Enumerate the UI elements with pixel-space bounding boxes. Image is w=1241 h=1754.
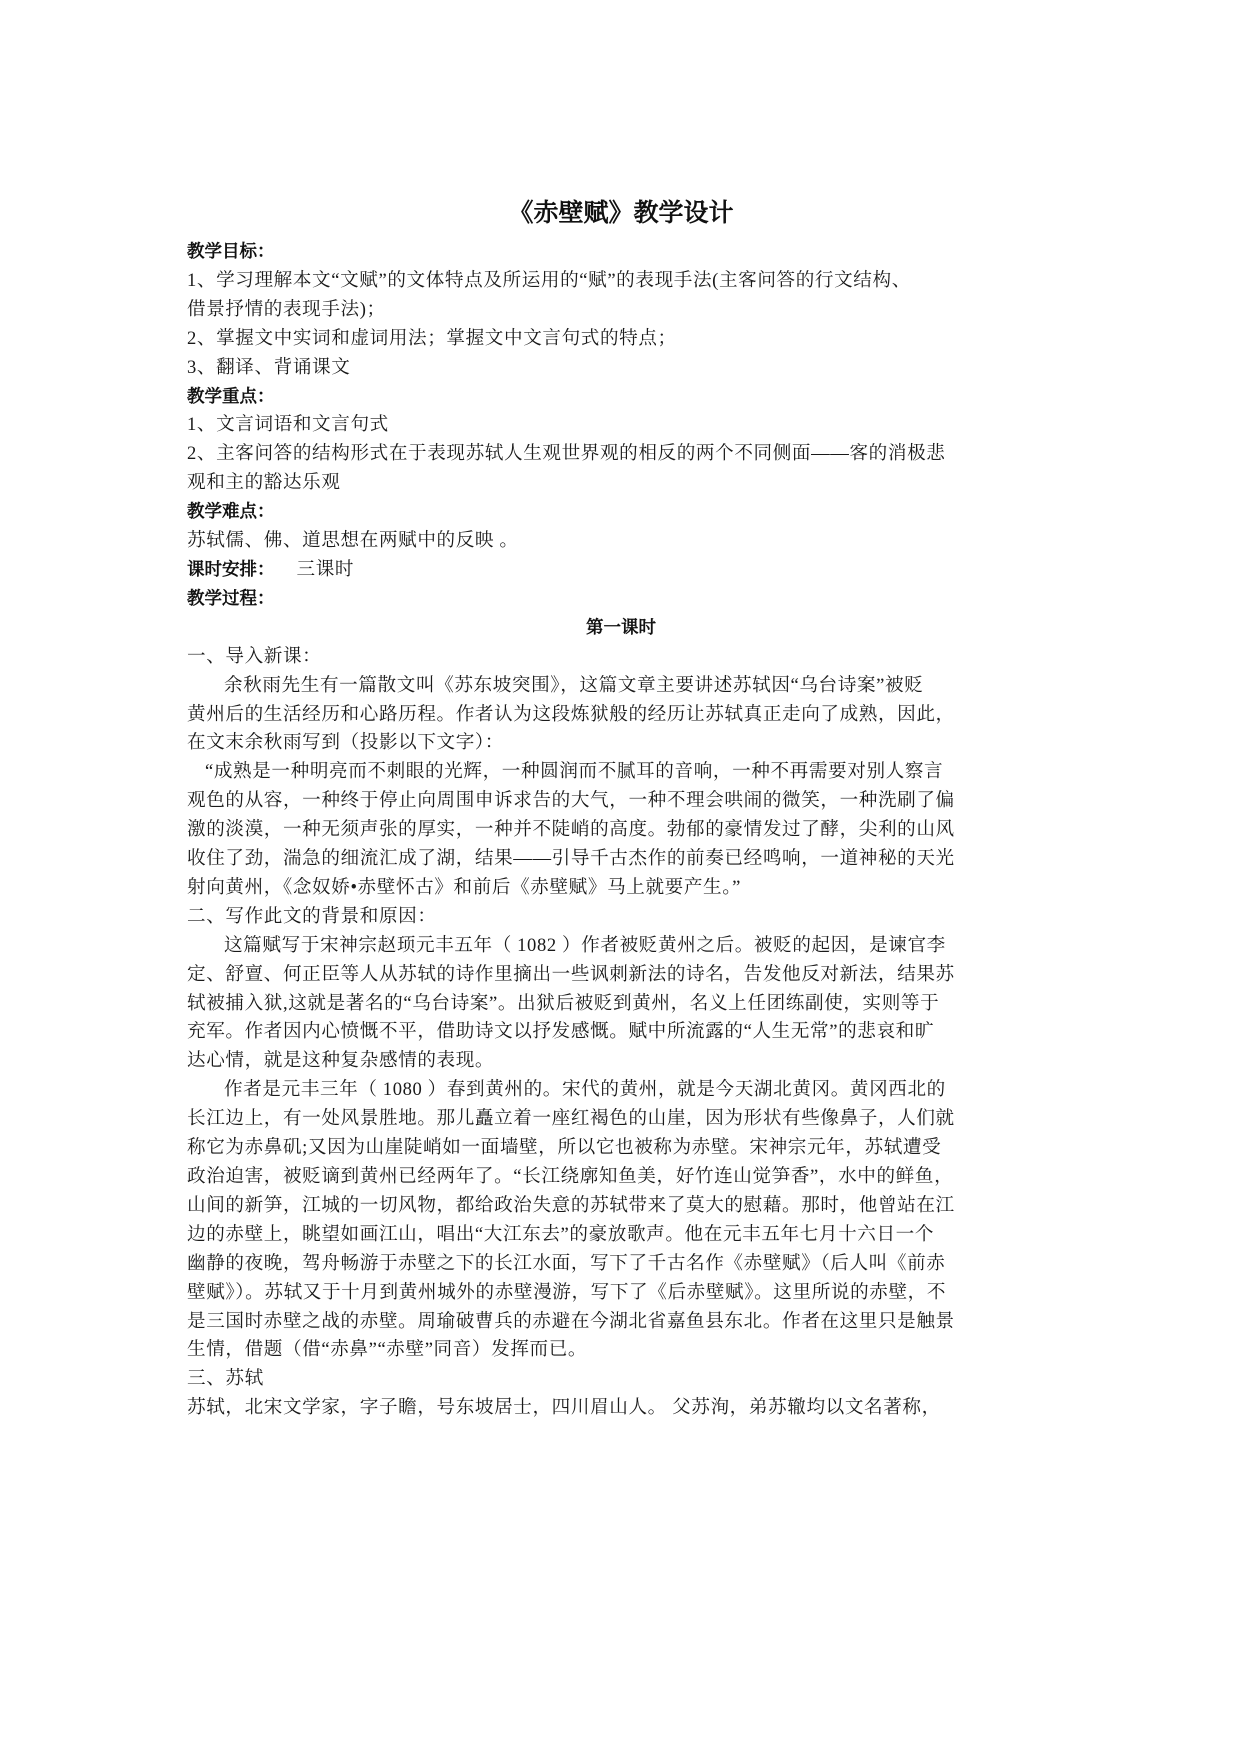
paragraph-line: 幽静的夜晚，驾舟畅游于赤壁之下的长江水面，写下了千古名作《赤壁赋》（后人叫《前赤: [187, 1250, 1055, 1279]
paragraph-line: 山间的新笋，江城的一切风物，都给政治失意的苏轼带来了莫大的慰藉。那时，他曾站在江: [187, 1192, 1055, 1221]
quote-line: 射向黄州，《念奴娇•赤壁怀古》和前后《赤壁赋》马上就要产生。”: [187, 874, 1055, 903]
paragraph-line: 政治迫害，被贬谪到黄州已经两年了。“长江绕廓知鱼美，好竹连山觉笋香”，水中的鲜鱼…: [187, 1163, 1055, 1192]
objective-item: 3、翻译、背诵课文: [187, 354, 1055, 383]
section-one-heading: 一、导入新课：: [187, 643, 1055, 672]
quote-line: 激的淡漠，一种无须声张的厚实，一种并不陡峭的高度。勃郁的豪情发过了酵，尖利的山风: [187, 816, 1055, 845]
lesson-one-heading: 第一课时: [187, 614, 1055, 643]
process-heading: 教学过程：: [187, 585, 1055, 614]
document-title: 《赤壁赋》教学设计: [187, 196, 1055, 234]
paragraph-line: 定、舒亶、何正臣等人从苏轼的诗作里摘出一些讽刺新法的诗名，告发他反对新法，结果苏: [187, 961, 1055, 990]
paragraph-line: 在文末余秋雨写到（投影以下文字）：: [187, 729, 1055, 758]
paragraph-line: 余秋雨先生有一篇散文叫《苏东坡突围》，这篇文章主要讲述苏轼因“乌台诗案”被贬: [187, 672, 1055, 701]
key-point-item: 2、主客问答的结构形式在于表现苏轼人生观世界观的相反的两个不同侧面——客的消极悲: [187, 440, 1055, 469]
objectives-heading: 教学目标：: [187, 238, 1055, 267]
difficulty-item: 苏轼儒、佛、道思想在两赋中的反映 。: [187, 527, 1055, 556]
paragraph-line: 是三国时赤壁之战的赤壁。周瑜破曹兵的赤避在今湖北省嘉鱼县东北。作者在这里只是触景: [187, 1308, 1055, 1337]
paragraph-line: 生情，借题（借“赤鼻”“赤壁”同音）发挥而已。: [187, 1336, 1055, 1365]
schedule-heading: 课时安排：: [187, 560, 275, 580]
schedule-value: 三课时: [297, 559, 355, 580]
objective-item: 2、掌握文中实词和虚词用法；掌握文中文言句式的特点；: [187, 325, 1055, 354]
paragraph-line: 苏轼，北宋文学家，字子瞻，号东坡居士，四川眉山人。 父苏洵，弟苏辙均以文名著称，: [187, 1394, 1055, 1423]
objective-item: 1、学习理解本文“文赋”的文体特点及所运用的“赋”的表现手法(主客问答的行文结构…: [187, 267, 1055, 296]
paragraph-line: 长江边上，有一处风景胜地。那儿矗立着一座红褐色的山崖，因为形状有些像鼻子，人们就: [187, 1105, 1055, 1134]
schedule-row: 课时安排：三课时: [187, 556, 1055, 585]
section-two-heading: 二、写作此文的背景和原因：: [187, 903, 1055, 932]
paragraph-line: 充军。作者因内心愤慨不平，借助诗文以抒发感慨。赋中所流露的“人生无常”的悲哀和旷: [187, 1018, 1055, 1047]
paragraph-line: 壁赋》）。苏轼又于十月到黄州城外的赤壁漫游，写下了《后赤壁赋》。这里所说的赤壁，…: [187, 1279, 1055, 1308]
difficulties-heading: 教学难点：: [187, 498, 1055, 527]
paragraph-line: 轼被捕入狱,这就是著名的“乌台诗案”。出狱后被贬到黄州，名义上任团练副使，实则等…: [187, 990, 1055, 1019]
quote-line: 观色的从容，一种终于停止向周围申诉求告的大气，一种不理会哄闹的微笑，一种洗刷了偏: [187, 787, 1055, 816]
quote-line: “成熟是一种明亮而不刺眼的光辉，一种圆润而不腻耳的音响，一种不再需要对别人察言: [187, 758, 1055, 787]
quote-line: 收住了劲，湍急的细流汇成了湖，结果——引导千古杰作的前奏已经鸣响，一道神秘的天光: [187, 845, 1055, 874]
key-point-item: 1、文言词语和文言句式: [187, 411, 1055, 440]
section-three-heading: 三、苏轼: [187, 1365, 1055, 1394]
paragraph-line: 黄州后的生活经历和心路历程。作者认为这段炼狱般的经历让苏轼真正走向了成熟，因此，: [187, 701, 1055, 730]
paragraph-line: 达心情，就是这种复杂感情的表现。: [187, 1047, 1055, 1076]
document-page: 《赤壁赋》教学设计 教学目标： 1、学习理解本文“文赋”的文体特点及所运用的“赋…: [187, 196, 1055, 1423]
paragraph-line: 作者是元丰三年（ 1080 ）春到黄州的。宋代的黄州，就是今天湖北黄冈。黄冈西北…: [187, 1076, 1055, 1105]
key-point-item: 观和主的豁达乐观: [187, 469, 1055, 498]
paragraph-line: 这篇赋写于宋神宗赵顼元丰五年（ 1082 ）作者被贬黄州之后。被贬的起因，是谏官…: [187, 932, 1055, 961]
objective-item: 借景抒情的表现手法)；: [187, 296, 1055, 325]
paragraph-line: 称它为赤鼻矶;又因为山崖陡峭如一面墙壁，所以它也被称为赤壁。宋神宗元年，苏轼遭受: [187, 1134, 1055, 1163]
key-points-heading: 教学重点：: [187, 383, 1055, 412]
paragraph-line: 边的赤壁上，眺望如画江山，唱出“大江东去”的豪放歌声。他在元丰五年七月十六日一个: [187, 1221, 1055, 1250]
